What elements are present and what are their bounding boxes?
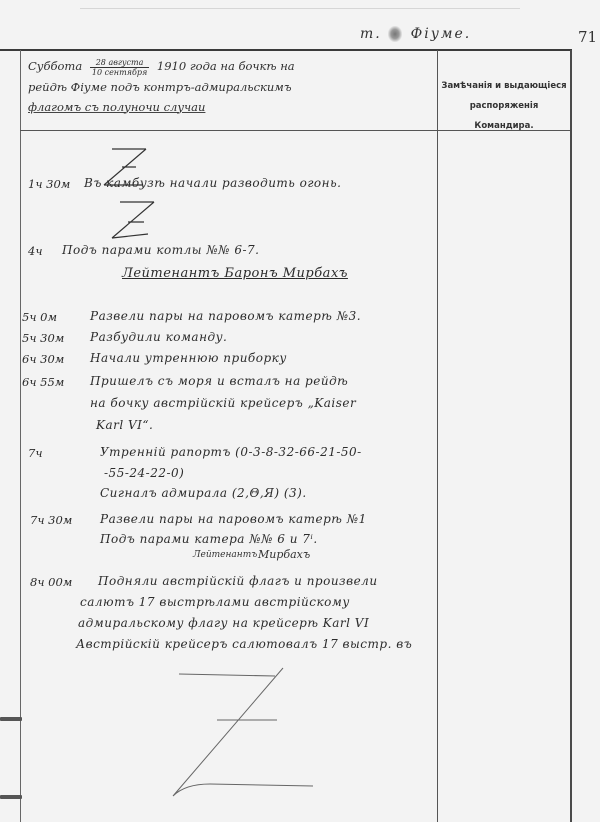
officer-signature-small-2: Мирбахъ — [258, 548, 310, 561]
entry-time: 5ч 30м — [22, 331, 64, 345]
entry-time: 7ч 30м — [30, 513, 72, 527]
entry-text-continued: салютъ 17 выстрѣлами австрiйскому — [80, 595, 350, 609]
header-line-1: Суббота 28 августа 10 сентября 1910 года… — [28, 56, 433, 77]
header-line-1-rest: 1910 года на бочкѣ на — [157, 59, 295, 73]
header-day: Суббота — [28, 59, 82, 73]
date-old-style: 28 августа — [90, 58, 149, 68]
ship-name: т. Фiуме. — [360, 26, 471, 42]
logbook-page: т. Фiуме. 71 Суббота 28 августа 10 сентя… — [0, 0, 600, 822]
right-border-rule — [570, 50, 572, 822]
entry-text-continued: Подъ парами катера №№ 6 и 7ⁱ. — [100, 532, 318, 546]
entry-time: 1ч 30м — [28, 177, 70, 191]
entry-text-continued: на бочку австрiйскiй крейсеръ „Kaiser — [90, 396, 356, 410]
entry-text: Разбудили команду. — [90, 330, 227, 344]
entry-text-continued: -55-24-22-0) — [104, 466, 184, 480]
binding-stitch — [0, 795, 22, 799]
officer-signature: Лейтенантъ Баронъ Мирбахъ — [122, 266, 348, 281]
watch-divider-z-3 — [165, 666, 315, 796]
entry-text: Подъ парами котлы №№ 6-7. — [62, 243, 259, 257]
entry-text: Утреннiй рапортъ (0-3-8-32-66-21-50- — [100, 445, 362, 459]
header-line-2: рейдѣ Фiуме подъ контръ-адмиральскимъ — [28, 77, 433, 97]
entry-time: 6ч 55м — [22, 375, 64, 389]
entry-text: Подняли австрiйскiй флагъ и произвели — [98, 574, 378, 588]
entry-time: 4ч — [28, 244, 42, 258]
remarks-column-header: Замѣчанiя и выдающiеся распоряженiя Кома… — [440, 76, 568, 136]
entry-time: 5ч 0м — [22, 310, 57, 324]
entry-text-continued: адмиральскому флагу на крейсерѣ Karl VI — [78, 616, 369, 630]
header-date-block: Суббота 28 августа 10 сентября 1910 года… — [28, 56, 433, 117]
officer-signature-small-1: Лейтенантъ — [193, 550, 257, 560]
left-column-rule — [20, 50, 21, 822]
entry-text-continued: Австрiйскiй крейсеръ салютовалъ 17 выстр… — [76, 637, 412, 651]
header-date-fraction: 28 августа 10 сентября — [90, 58, 149, 77]
header-line-3: флагомъ съ полуночи случаи — [28, 97, 433, 117]
remarks-title-line-1: Замѣчанiя и выдающiеся — [440, 76, 568, 96]
entry-text: Начали утреннюю приборку — [90, 351, 287, 365]
entry-time: 8ч 00м — [30, 575, 72, 589]
table-top-border — [0, 49, 572, 51]
entry-text: Развели пары на паровомъ катерѣ №3. — [90, 309, 361, 323]
ship-name-prefix: т. — [360, 26, 382, 42]
entry-time: 7ч — [28, 446, 42, 460]
date-new-style: 10 сентября — [90, 68, 149, 77]
entry-text: Пришелъ съ моря и всталъ на рейдѣ — [90, 374, 348, 388]
entry-text-continued: Karl VI“. — [96, 418, 153, 432]
page-number: 71 — [578, 28, 597, 46]
entry-time: 6ч 30м — [22, 352, 64, 366]
top-faint-rule — [80, 8, 520, 9]
ship-name-text: Фiуме. — [411, 26, 472, 42]
entry-text-continued: Сигналъ адмирала (2,Θ,Я) (3). — [100, 486, 307, 500]
remarks-column-rule — [437, 50, 438, 822]
binding-stitch — [0, 717, 22, 721]
entry-text: Развели пары на паровомъ катерѣ №1 — [100, 512, 367, 526]
remarks-title-line-2: распоряженiя Командира. — [440, 96, 568, 136]
ink-smudge-icon — [388, 26, 402, 42]
entry-text: Въ камбузѣ начали разводить огонь. — [84, 176, 341, 190]
watch-divider-z-2 — [106, 198, 156, 243]
